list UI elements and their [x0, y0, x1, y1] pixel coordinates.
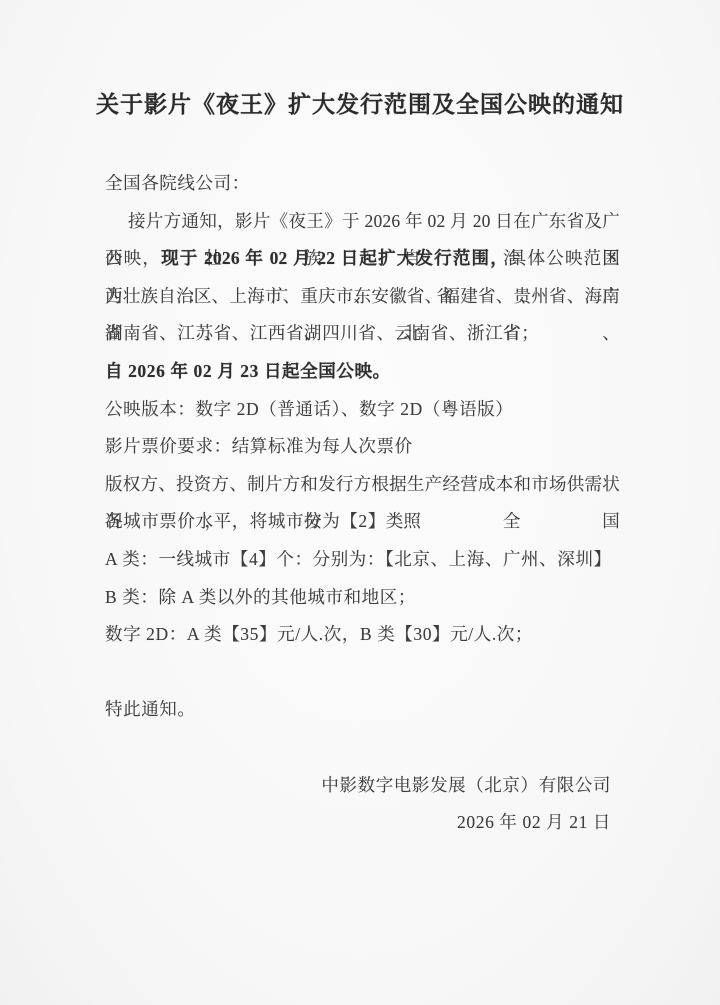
document-line: 公映版本：数字 2D（普通话）、数字 2D（粤语版）: [105, 391, 620, 429]
document-line: B 类：除 A 类以外的其他城市和地区；: [105, 579, 620, 617]
text-segment: 公映版本：数字 2D（普通话）、数字 2D（粤语版）: [105, 399, 513, 419]
document-line: 版权方、投资方、制片方和发行方根据生产经营成本和市场供需状况，按照全国: [105, 466, 620, 504]
notice-document-page: 关于影片《夜王》扩大发行范围及全国公映的通知 全国各院线公司：接片方通知，影片《…: [0, 0, 720, 1005]
text-segment: 各城市票价水平，将城市分为【2】类: [105, 511, 404, 531]
document-line: 中影数字电影发展（北京）有限公司: [105, 767, 620, 805]
text-segment: A 类：一线城市【4】个：分别为：【北京、上海、广州、深圳】: [105, 549, 612, 569]
document-body: 全国各院线公司：接片方通知，影片《夜王》于 2026 年 02 月 20 日在广…: [105, 165, 620, 842]
document-line: 接片方通知，影片《夜王》于 2026 年 02 月 20 日在广东省及广西壮族自…: [105, 203, 620, 241]
text-segment: 公映，: [105, 248, 161, 268]
document-line: 影片票价要求：结算标准为每人次票价: [105, 428, 620, 466]
text-segment: 湖南省、江苏省、江西省、四川省、云南省、浙江省；: [105, 323, 539, 343]
bold-text-segment: 现于 2026 年 02 月 22 日起扩大发行范围，: [161, 248, 509, 268]
bold-text-segment: 自 2026 年 02 月 23 日起全国公映。: [105, 361, 391, 381]
document-line: 全国各院线公司：: [105, 165, 620, 203]
text-segment: 影片票价要求：结算标准为每人次票价: [105, 436, 413, 456]
document-title: 关于影片《夜王》扩大发行范围及全国公映的通知: [0, 86, 720, 119]
text-segment: 特此通知。: [105, 699, 196, 719]
text-segment: 数字 2D：A 类【35】元/人.次，B 类【30】元/人.次；: [105, 624, 533, 644]
document-line: 特此通知。: [105, 691, 620, 729]
text-segment: 2026 年 02 月 21 日: [457, 812, 611, 832]
document-line: 西壮族自治区、上海市、重庆市、安徽省、福建省、贵州省、海南省、湖北省、: [105, 278, 620, 316]
document-line: 公映，现于 2026 年 02 月 22 日起扩大发行范围，具体公映范围为：广东…: [105, 240, 620, 278]
document-line: 2026 年 02 月 21 日: [105, 804, 620, 842]
text-segment: 全国各院线公司：: [105, 173, 250, 193]
document-line: 自 2026 年 02 月 23 日起全国公映。: [105, 353, 620, 391]
text-segment: B 类：除 A 类以外的其他城市和地区；: [105, 587, 416, 607]
document-line: A 类：一线城市【4】个：分别为：【北京、上海、广州、深圳】: [105, 541, 620, 579]
document-line: 数字 2D：A 类【35】元/人.次，B 类【30】元/人.次；: [105, 616, 620, 654]
text-segment: 中影数字电影发展（北京）有限公司: [321, 775, 611, 795]
